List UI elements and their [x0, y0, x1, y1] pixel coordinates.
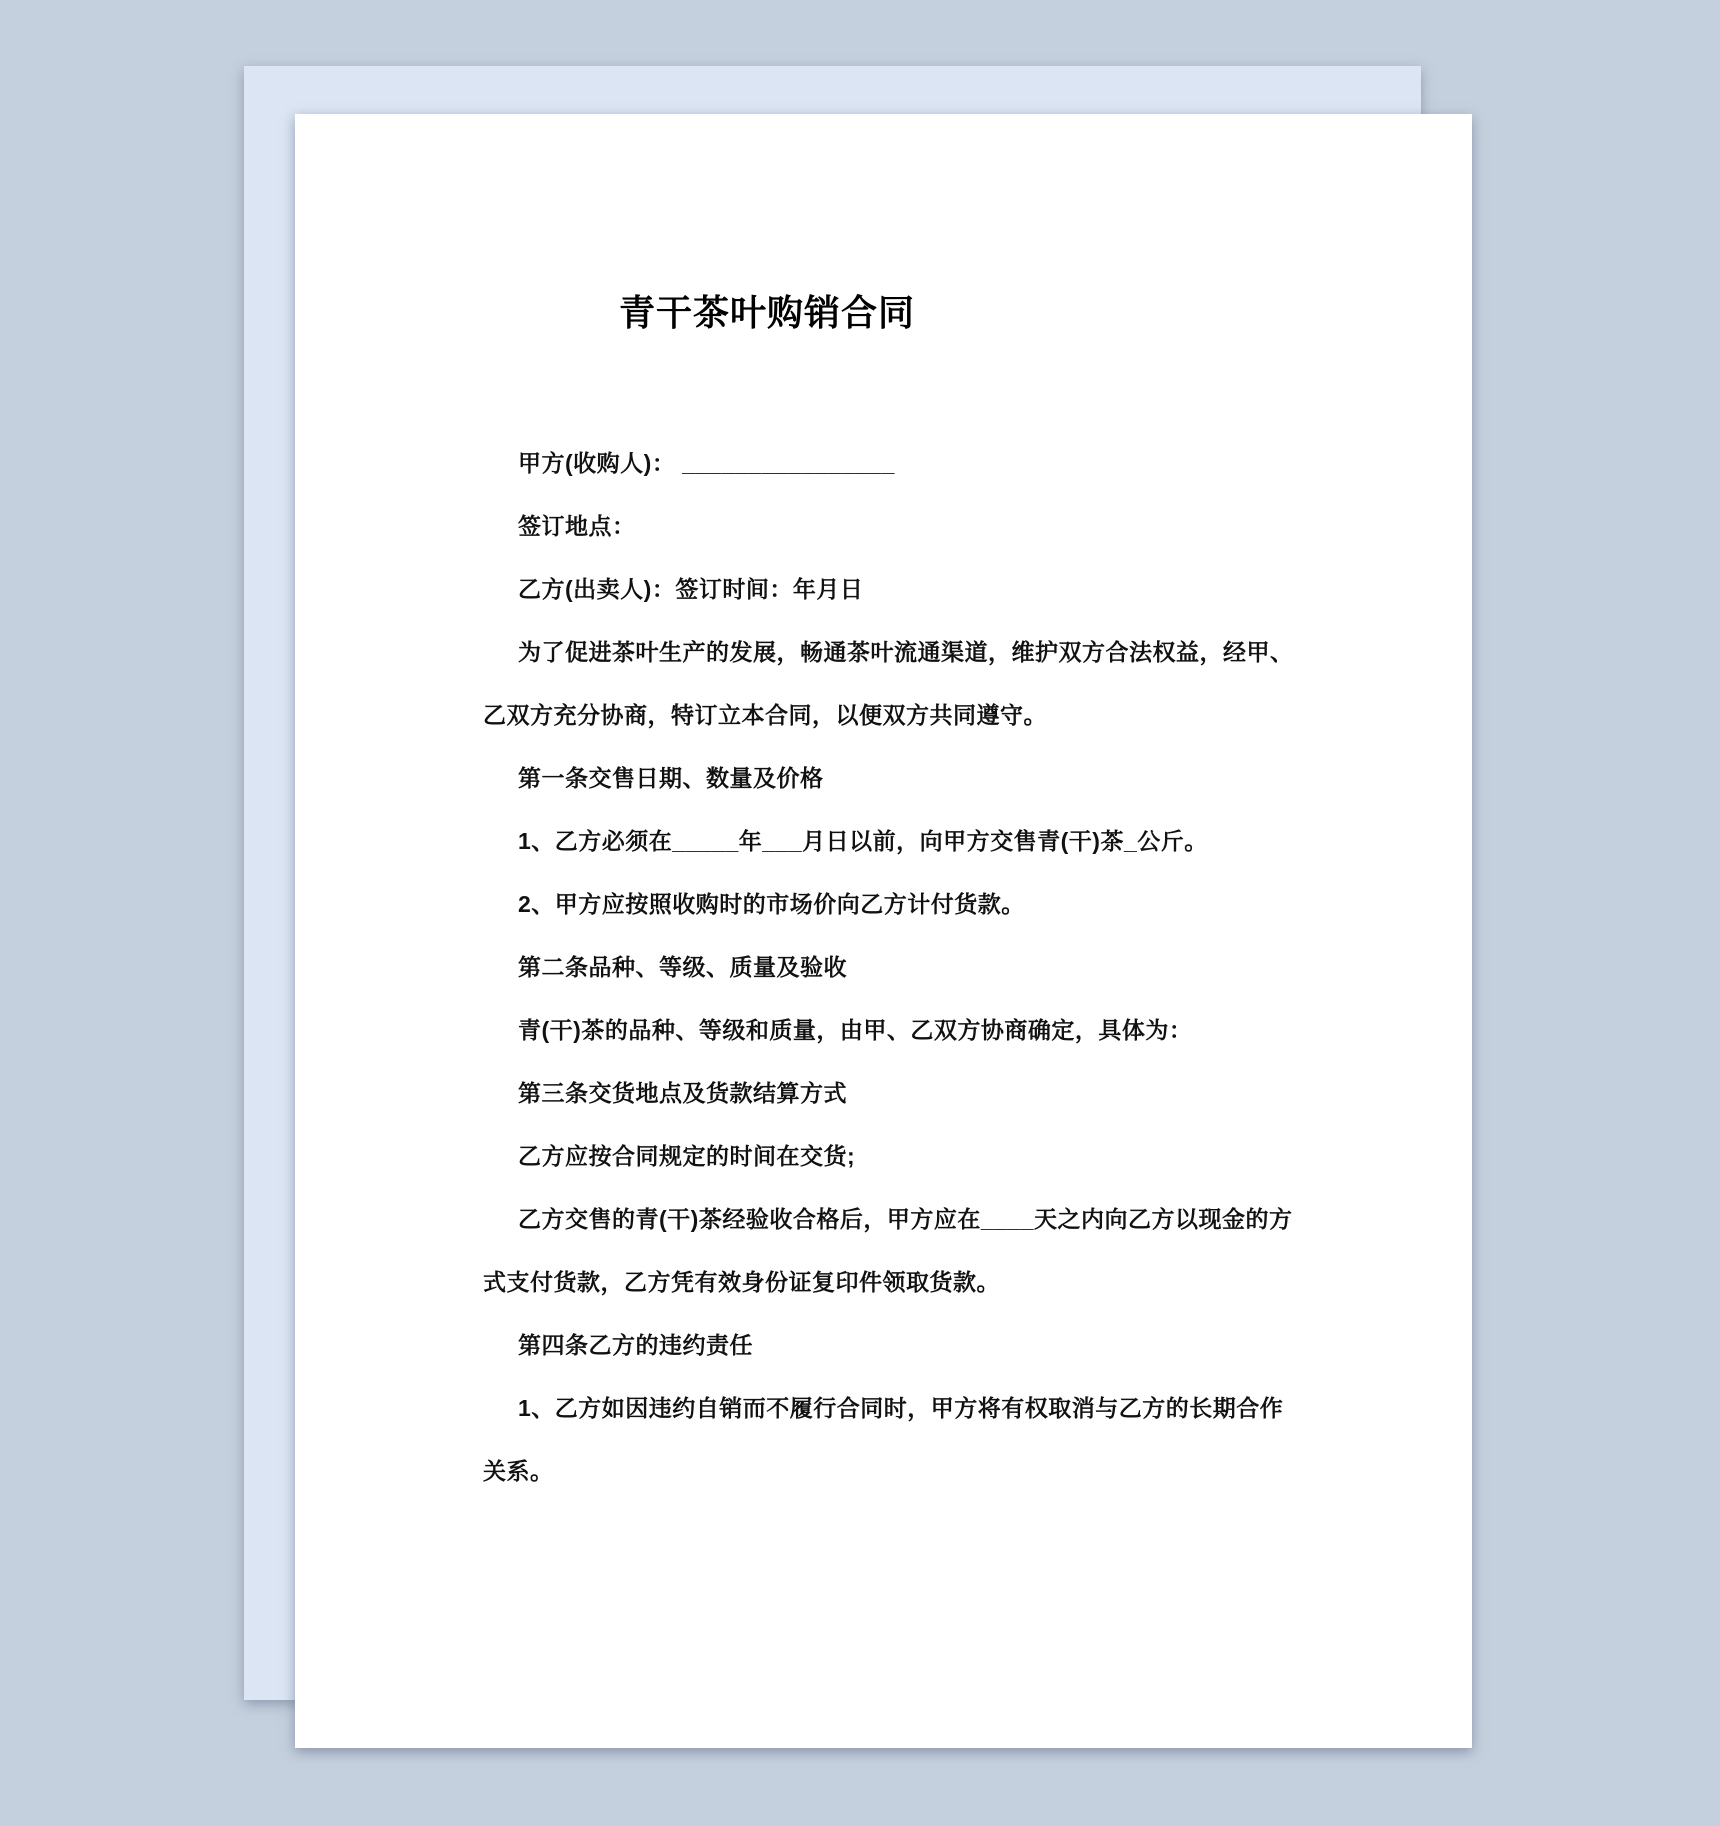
line-article3-body-3: 式支付货款，乙方凭有效身份证复印件领取货款。: [483, 1251, 1472, 1314]
line-preamble-2: 乙双方充分协商，特订立本合同，以便双方共同遵守。: [483, 684, 1472, 747]
line-article1-item2: 2、甲方应按照收购时的市场价向乙方计付货款。: [483, 873, 1472, 936]
document-title: 青干茶叶购销合同: [295, 285, 1239, 341]
line-article3-body-1: 乙方应按合同规定的时间在交货;: [483, 1125, 1472, 1188]
line-article3-heading: 第三条交货地点及货款结算方式: [483, 1062, 1472, 1125]
line-party-b: 乙方(出卖人)：签订时间：年月日: [483, 558, 1472, 621]
line-party-a: 甲方(收购人)： ________________: [483, 432, 1472, 495]
line-article1-item1: 1、乙方必须在_____年___月日以前，向甲方交售青(干)茶_公斤。: [483, 810, 1472, 873]
line-article1-heading: 第一条交售日期、数量及价格: [483, 747, 1472, 810]
line-article2-heading: 第二条品种、等级、质量及验收: [483, 936, 1472, 999]
line-article2-body: 青(干)茶的品种、等级和质量，由甲、乙双方协商确定，具体为：: [483, 999, 1472, 1062]
document-body: 甲方(收购人)： ________________ 签订地点： 乙方(出卖人)：…: [483, 432, 1472, 1503]
canvas-background: 青干茶叶购销合同 甲方(收购人)： ________________ 签订地点：…: [0, 0, 1720, 1826]
line-signing-place: 签订地点：: [483, 495, 1472, 558]
line-article4-item1-a: 1、乙方如因违约自销而不履行合同时，甲方将有权取消与乙方的长期合作: [483, 1377, 1472, 1440]
line-article4-item1-b: 关系。: [483, 1440, 1472, 1503]
line-article3-body-2: 乙方交售的青(干)茶经验收合格后，甲方应在____天之内向乙方以现金的方: [483, 1188, 1472, 1251]
line-preamble-1: 为了促进茶叶生产的发展，畅通茶叶流通渠道，维护双方合法权益，经甲、: [483, 621, 1472, 684]
line-article4-heading: 第四条乙方的违约责任: [483, 1314, 1472, 1377]
front-page: 青干茶叶购销合同 甲方(收购人)： ________________ 签订地点：…: [295, 114, 1472, 1748]
